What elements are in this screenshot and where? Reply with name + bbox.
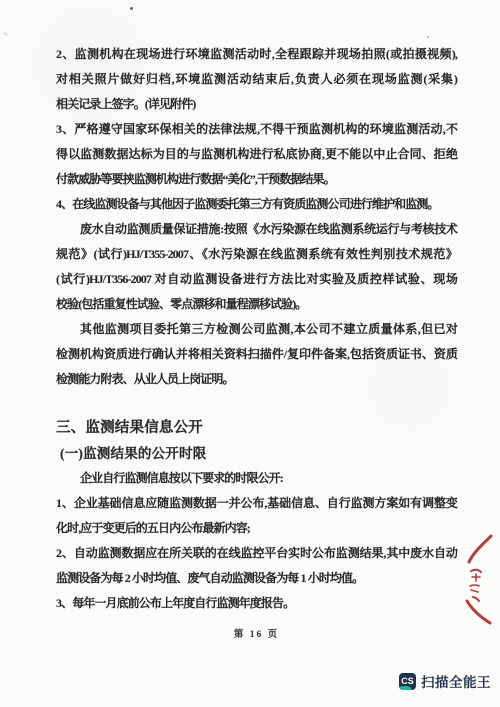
text-line: 规范》(试行)HJ/T355-2007、《水污染源在线监测系统有效性判别技术规范…: [56, 242, 457, 267]
page-number: 第 16 页: [56, 623, 457, 648]
text-line: 其他监测项目委托第三方检测公司监测,本公司不建立质量体系,但已对: [56, 317, 457, 342]
scanned-document-page: 2、监测机构在现场进行环境监测活动时,全程跟踪并现场拍照(或拍摄视频),对相关照…: [0, 0, 500, 707]
text-line: 3、每年一月底前公布上年度自行监测年度报告。: [56, 591, 457, 616]
text-line: 相关记录上签字。(详见附件): [56, 92, 457, 117]
camscanner-icon: CS: [399, 673, 416, 690]
text-line: 2、监测机构在现场进行环境监测活动时,全程跟踪并现场拍照(或拍摄视频),: [56, 42, 457, 67]
paragraph: 2、自动监测数据应在所关联的在线监控平台实时公布监测结果,其中废水自动监测设备为…: [56, 541, 457, 591]
scan-speck: [3, 32, 8, 37]
red-stamp-fragment-icon: [460, 533, 494, 625]
text-line: 企业自行监测信息按以下要求的时限公开:: [56, 466, 457, 491]
paragraph: 3、严格遵守国家环保相关的法律法规,不得干预监测机构的环境监测活动,不得以监测数…: [56, 117, 457, 192]
camscanner-label: 扫描全能王: [421, 671, 491, 691]
paragraph: 3、每年一月底前公布上年度自行监测年度报告。: [56, 591, 457, 616]
scan-speck: [427, 36, 429, 38]
text-line: (试行)HJ/T356-2007 对自动监测设备进行方法比对实验及质控样试验、现…: [56, 267, 457, 292]
section-heading: 三、监测结果信息公开: [56, 416, 457, 441]
camscanner-icon-letters: CS: [401, 677, 414, 686]
text-line: 3、严格遵守国家环保相关的法律法规,不得干预监测机构的环境监测活动,不: [56, 117, 457, 142]
paragraph: 企业自行监测信息按以下要求的时限公开:: [56, 466, 457, 491]
text-line: 检测机构资质进行确认并将相关资料扫描件/复印件备案,包括资质证书、资质: [56, 342, 457, 367]
text-line: 检测能力附表、从业人员上岗证明。: [56, 367, 457, 392]
paragraph: 2、监测机构在现场进行环境监测活动时,全程跟踪并现场拍照(或拍摄视频),对相关照…: [56, 42, 457, 117]
text-line: 4、在线监测设备与其他因子监测委托第三方有资质监测公司进行维护和监测。: [56, 192, 457, 217]
paragraph: 4、在线监测设备与其他因子监测委托第三方有资质监测公司进行维护和监测。: [56, 192, 457, 217]
text-line: 校验(包括重复性试验、零点漂移和量程漂移试验)。: [56, 292, 457, 317]
text-line: 得以监测数据达标为目的与监测机构进行私底协商,更不能以中止合同、拒绝: [56, 142, 457, 167]
text-line: 监测设备为每 2 小时均值、废气自动监测设备为每 1 小时均值。: [56, 566, 457, 591]
text-line: 付款威胁等要挟监测机构进行数据“美化”,干预数据结果。: [56, 167, 457, 192]
scan-speck: [130, 7, 133, 10]
text-line: 2、自动监测数据应在所关联的在线监控平台实时公布监测结果,其中废水自动: [56, 541, 457, 566]
paragraph: 1、企业基础信息应随监测数据一并公布,基础信息、自行监测方案如有调整变化时,应于…: [56, 491, 457, 541]
camscanner-watermark: CS 扫描全能王: [399, 671, 491, 691]
paragraph: 废水自动监测质量保证措施:按照《水污染源在线监测系统运行与考核技术规范》(试行)…: [56, 217, 457, 317]
text-line: 化时,应于变更后的五日内公布最新内容;: [56, 516, 457, 541]
text-line: 对相关照片做好归档,环境监测活动结束后,负责人必须在现场监测(采集): [56, 67, 457, 92]
text-line: 1、企业基础信息应随监测数据一并公布,基础信息、自行监测方案如有调整变: [56, 491, 457, 516]
text-line: 废水自动监测质量保证措施:按照《水污染源在线监测系统运行与考核技术: [56, 217, 457, 242]
document-body: 2、监测机构在现场进行环境监测活动时,全程跟踪并现场拍照(或拍摄视频),对相关照…: [56, 42, 457, 648]
paragraph: 其他监测项目委托第三方检测公司监测,本公司不建立质量体系,但已对检测机构资质进行…: [56, 317, 457, 392]
subsection-heading: (一)监测结果的公开时限: [56, 441, 457, 466]
